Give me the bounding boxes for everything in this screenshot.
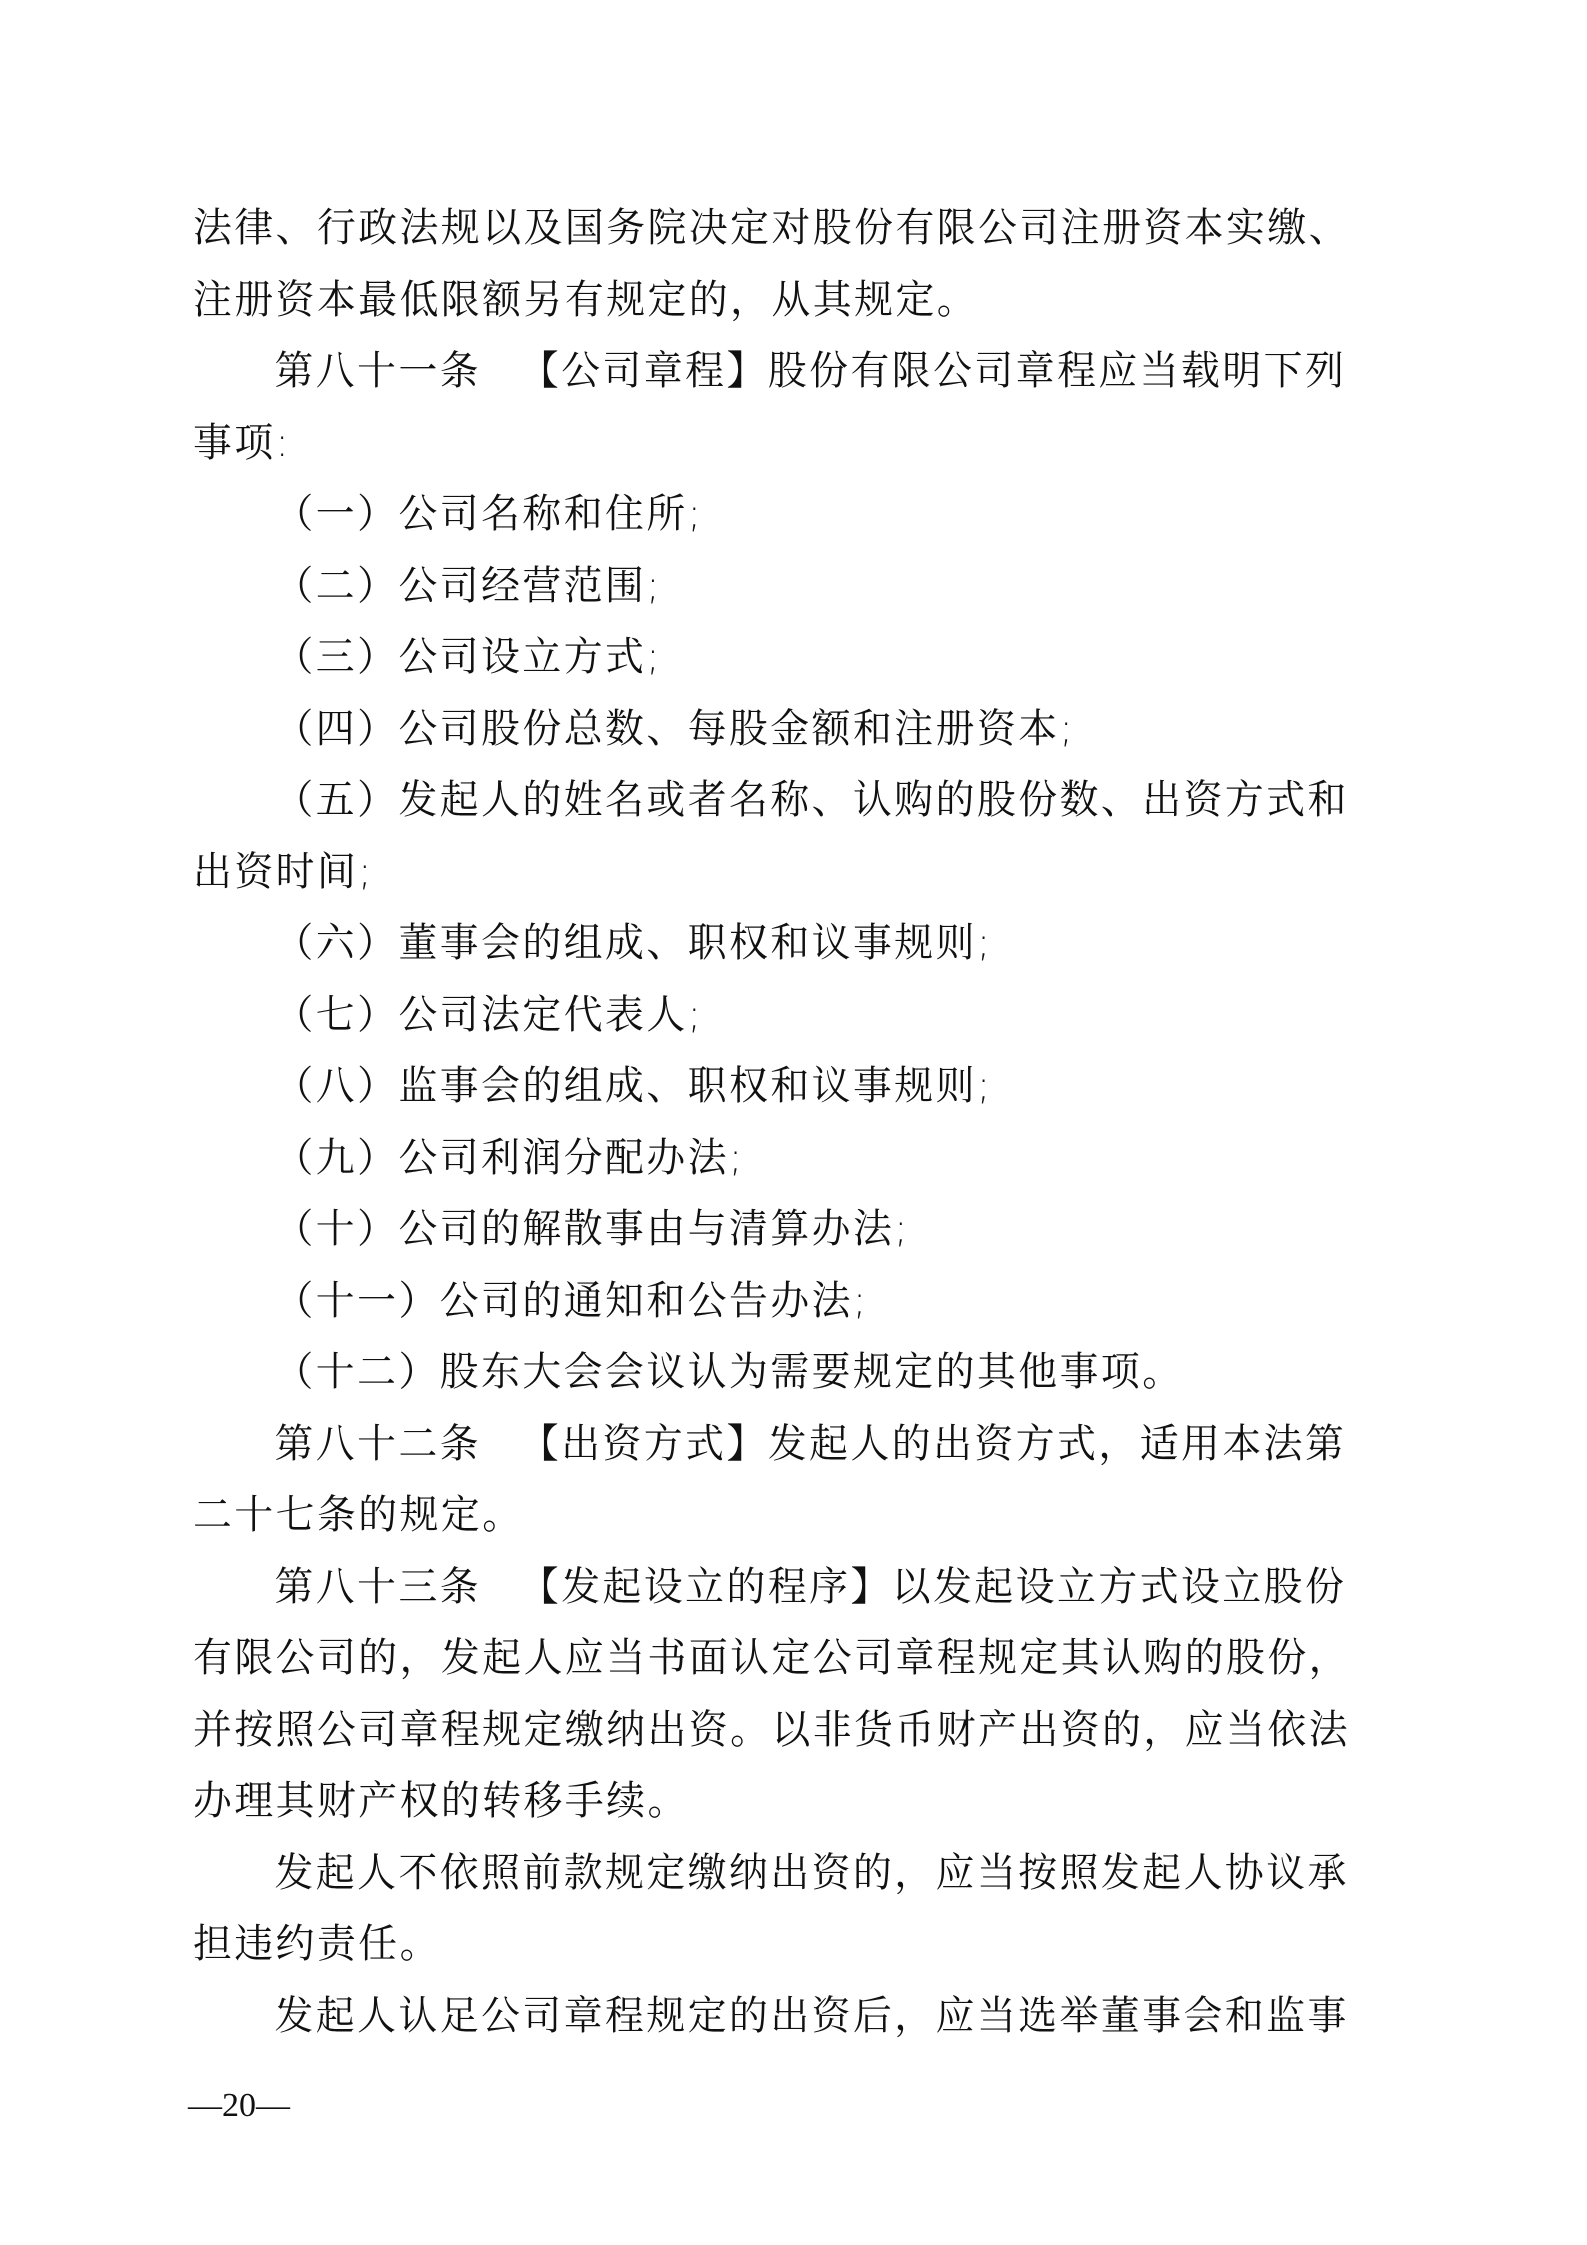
text-line: 注册资本最低限额另有规定的，从其规定。 bbox=[193, 265, 1362, 337]
paragraph-start: 发起人认足公司章程规定的出资后，应当选举董事会和监事 bbox=[193, 1981, 1362, 2053]
text-line: 担违约责任。 bbox=[193, 1909, 1362, 1981]
list-item: （二）公司经营范围; bbox=[193, 551, 1362, 623]
list-item: （七）公司法定代表人; bbox=[193, 980, 1362, 1052]
list-item: （八）监事会的组成、职权和议事规则; bbox=[193, 1051, 1362, 1123]
text-line: 法律、行政法规以及国务院决定对股份有限公司注册资本实缴、 bbox=[193, 193, 1362, 265]
text-line: 出资时间; bbox=[193, 837, 1362, 909]
text-line: 有限公司的，发起人应当书面认定公司章程规定其认购的股份， bbox=[193, 1623, 1362, 1695]
list-item: （六）董事会的组成、职权和议事规则; bbox=[193, 908, 1362, 980]
article-number: 第八十一条 bbox=[274, 348, 481, 394]
list-item: （三）公司设立方式; bbox=[193, 622, 1362, 694]
text-line: 办理其财产权的转移手续。 bbox=[193, 1766, 1362, 1838]
list-item: （一）公司名称和住所; bbox=[193, 479, 1362, 551]
article-number: 第八十二条 bbox=[274, 1421, 481, 1467]
text-line: 二十七条的规定。 bbox=[193, 1480, 1362, 1552]
article-81-heading: 第八十一条【公司章程】股份有限公司章程应当载明下列 bbox=[193, 336, 1362, 408]
list-item: （十一）公司的通知和公告办法; bbox=[193, 1266, 1362, 1338]
article-82-heading: 第八十二条【出资方式】发起人的出资方式，适用本法第 bbox=[193, 1409, 1362, 1481]
text-line: 并按照公司章程规定缴纳出资。以非货币财产出资的，应当依法 bbox=[193, 1695, 1362, 1767]
document-body: 法律、行政法规以及国务院决定对股份有限公司注册资本实缴、 注册资本最低限额另有规… bbox=[193, 193, 1398, 2052]
list-item: （九）公司利润分配办法; bbox=[193, 1123, 1362, 1195]
page-number: —20— bbox=[188, 2086, 290, 2126]
list-item: （五）发起人的姓名或者名称、认购的股份数、出资方式和 bbox=[193, 765, 1362, 837]
list-item: （四）公司股份总数、每股金额和注册资本; bbox=[193, 694, 1362, 766]
list-item: （十二）股东大会会议认为需要规定的其他事项。 bbox=[193, 1337, 1362, 1409]
article-number: 第八十三条 bbox=[274, 1564, 481, 1610]
paragraph-start: 发起人不依照前款规定缴纳出资的，应当按照发起人协议承 bbox=[193, 1838, 1362, 1910]
list-item: （十）公司的解散事由与清算办法; bbox=[193, 1194, 1362, 1266]
text-line: 事项: bbox=[193, 408, 1362, 480]
article-83-heading: 第八十三条【发起设立的程序】以发起设立方式设立股份 bbox=[193, 1552, 1362, 1624]
document-page: 法律、行政法规以及国务院决定对股份有限公司注册资本实缴、 注册资本最低限额另有规… bbox=[0, 0, 1587, 2245]
